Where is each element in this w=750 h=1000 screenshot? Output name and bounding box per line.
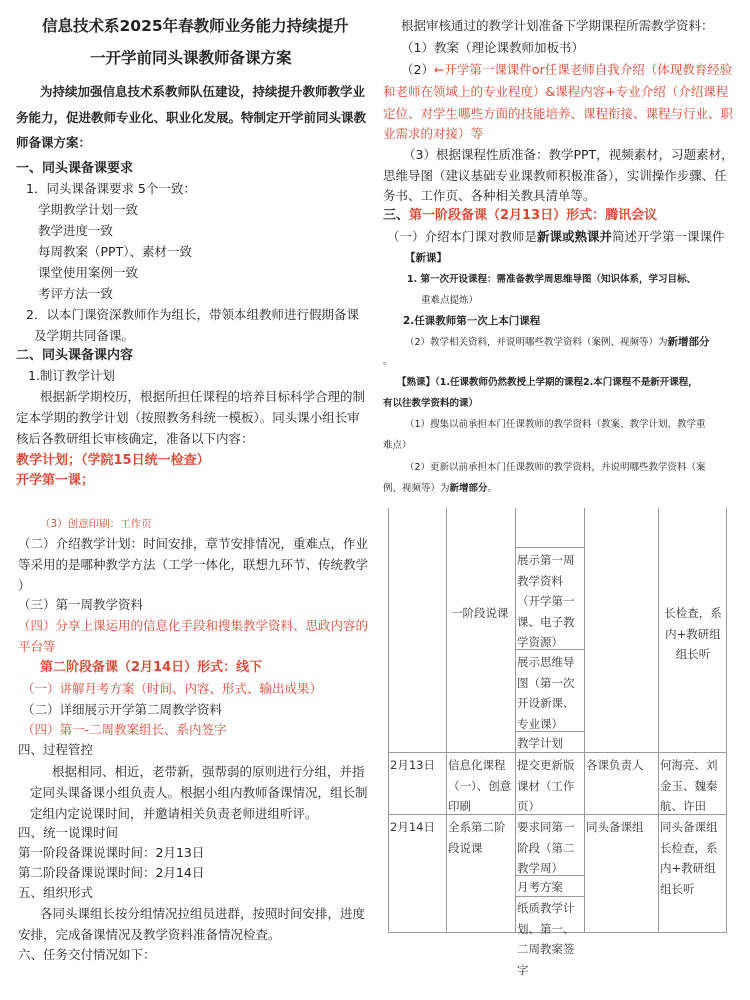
share-line2: 平台等: [18, 637, 56, 657]
intro-plan-line3: ）: [18, 576, 31, 596]
table-border: [446, 508, 447, 933]
material-2-text: ←开学第一课课件or任课老师自我介绍（体现教育经验: [434, 62, 732, 77]
table-cell-deliverable: 展示第一周教学资料（开学第一课、电子教学资源）: [517, 550, 583, 653]
table-border: [515, 508, 516, 933]
consistency-item: 课堂使用案例一致: [38, 263, 138, 283]
familiar-line2: 有以往教学资料的课）: [383, 394, 478, 414]
table-cell-reviewer: 长检查，系内+教研组组长听: [662, 603, 724, 665]
materials-intro: 根据审核通过的教学计划准备下学期课程所需教学资料：: [401, 16, 714, 36]
intro-course-text: （一）介绍本门课对教师是: [387, 229, 537, 244]
familiar-2-dot: 。: [488, 483, 498, 494]
new1-line1: 1. 第一次开设课程：需准备教学周思维导图（知识体系，学习目标、: [407, 270, 696, 290]
table-cell-content: 信息化课程（一）、创意印刷: [448, 755, 514, 817]
table-cell-content: 全系第二阶段说课: [448, 817, 514, 858]
consistency-item: 考评方法一致: [38, 284, 113, 304]
familiar-line1: 【熟课】（1.任课教师仍然教授上学期的课程2.本门课程不是新开课程，: [397, 373, 698, 393]
stage1-time: 第一阶段备课说课时间：2月13日: [18, 843, 204, 863]
material-2-line1: （2）←开学第一课课件or任课老师自我介绍（体现教育经验: [401, 60, 732, 80]
stage1-heading-line: 三、第一阶段备课（2月13日）形式：腾讯会议: [383, 206, 657, 226]
material-3-line1: （3）根据课程性质准备：教学PPT，视频素材，习题素材，: [403, 145, 734, 165]
table-cell-date: 2月13日: [390, 755, 445, 776]
familiar-2-line2: 例、视频等）为新增部分。: [383, 479, 497, 499]
table-cell-content: 一阶段说课: [451, 603, 515, 624]
red-teaching-plan: 教学计划；（学院15日统一检查）: [16, 451, 210, 471]
table-border: [658, 508, 659, 933]
table-cell-date: 2月14日: [390, 817, 445, 838]
stage1-heading: 第一阶段备课（2月13日）形式：腾讯会议: [409, 208, 657, 223]
material-2-line2: 和老师在领域上的专业程度）&课程内容+专业介绍（介绍课程: [383, 82, 728, 102]
familiar-1-line1: （1）搜集以前承担本门任课教师的教学资料（教案、教学计划、教学重: [405, 415, 706, 435]
familiar-2-line1: （2）更新以前承担本门任课教师的教学资料，并说明哪些教学资料（案: [405, 458, 706, 478]
intro-plan-line2: 等采用的是哪种教学方法（工学一体化，联想九环节、传统教学: [18, 555, 368, 575]
table-cell-reviewer: 同头备课组长检查，系内+教研组组长听: [660, 817, 724, 899]
intro-course-rest: 简述开学第一课课件: [612, 229, 725, 244]
intro-line2: 务能力，促进教师专业化、职业化发展。特制定开学前同头课教: [16, 108, 366, 128]
section4a-line2: 定同头课备课小组负责人。根据小组内教师备课情况，组长制: [30, 783, 368, 803]
section4a-line1: 根据相同、相近，老带新，强帮弱的原则进行分组，并指: [52, 762, 365, 782]
stage1-prefix: 三、: [383, 208, 409, 223]
intro-course-line: （一）介绍本门课对教师是新课或熟课并简述开学第一课课件: [387, 227, 725, 247]
section1-item2-line2: 及学期共同备课。: [34, 326, 134, 346]
intro-line3: 师备课方案：: [16, 133, 91, 153]
week1-materials: （三）第一周教学资料: [18, 595, 143, 615]
section4b-heading: 四、统一说课时间: [18, 823, 118, 843]
table-cell-deliverable: 纸质教学计划、第一、二周教案签字: [517, 898, 583, 980]
section2-heading: 二、同头课备课内容: [16, 346, 133, 366]
material-1: （1）教案（理论课教师加板书）: [401, 38, 584, 58]
material-2-line3: 定位、对学生哪些方面的技能培养、课程衔接、课程与行业、职: [383, 104, 733, 124]
doc-title-line1: 信息技术系2025年春教师业务能力持续提升: [42, 16, 349, 36]
table-cell-deliverable: 要求同第一阶段（第二教学周）: [517, 817, 583, 879]
section5-line1: 各同头课组长按分组情况拉组员进群，按照时间安排，进度: [40, 904, 365, 924]
table-border: [726, 508, 727, 933]
familiar-2-bold: 新增部分: [450, 483, 488, 494]
familiar-1-line2: 难点）: [383, 436, 412, 456]
new2-dot: 。: [383, 352, 393, 372]
new2-detail-bold: 新增部分: [668, 336, 710, 348]
new2: 2.任课教师第一次上本门课程: [403, 311, 540, 331]
new1-line2: 重难点提炼）: [421, 291, 478, 311]
consistency-item: 每周教案（PPT）、素材一致: [38, 242, 192, 262]
section2-sub1: 1.制订教学计划: [28, 366, 115, 386]
stage2-item2: （二）详细展示开学第二周教学资料: [22, 700, 222, 720]
table-cell-deliverable: 月考方案: [517, 877, 583, 898]
material-3-line2: 思维导图（建议基础专业课教师积极准备），实训操作步骤、任: [383, 166, 727, 186]
table-cell-deliverable: 提交更新版课材（工作页）: [517, 755, 583, 817]
doc-title-line2: 一开学前同头课教师备课方案: [90, 48, 292, 68]
intro-line1: 为持续加强信息技术系教师队伍建设，持续提升教师教学业: [40, 82, 365, 102]
intro-course-bold: 新课或熟课并: [537, 229, 612, 244]
section2-para-line2: 定本学期的教学计划（按照教务科统一模板）。同头课小组长审: [16, 408, 360, 428]
red-first-lesson: 开学第一课；: [16, 471, 94, 491]
table-border: [388, 732, 389, 933]
stage2-heading: 第二阶段备课（2月14日）形式：线下: [40, 658, 262, 678]
section1-heading: 一、同头课备课要求: [16, 159, 133, 179]
table-cell-owner: 同头备课组: [586, 817, 656, 838]
section6-heading: 六、任务交付情况如下：: [18, 945, 156, 965]
table-cell-deliverable: 展示思维导图（第一次开设新课、专业课）: [517, 652, 583, 734]
section2-para-line3: 核后各教研组长审核确定，准备以下内容：: [16, 429, 254, 449]
familiar-2-text: 例、视频等）为: [383, 483, 450, 494]
section4a-line3: 定组内定说课时间，并邀请相关负责老师进组听评。: [30, 804, 318, 824]
table-border: [584, 508, 585, 933]
creative-printing: （3）创意印刷：工作页: [40, 514, 152, 534]
section5-line2: 安排，完成备课情况及教学资料准备情况检查。: [18, 925, 281, 945]
share-line1: （四）分享上课运用的信息化手段和搜集教学资料、思政内容的: [18, 616, 368, 636]
section5-heading: 五、组织形式: [18, 883, 93, 903]
section4a-heading: 四、过程管控: [18, 740, 93, 760]
consistency-item: 学期教学计划一致: [38, 200, 138, 220]
table-cell-owner: 各课负责人: [586, 755, 656, 776]
material-2-line4: 业需求的对接）等: [383, 124, 483, 144]
section2-para-line1: 根据新学期校历，根据所担任课程的培养目标科学合理的制: [40, 387, 365, 407]
stage2-item4: （四）第一-二周教案组长、系内签字: [22, 720, 227, 740]
table-cell-deliverable: 教学计划: [517, 733, 583, 754]
material-2-prefix: （2）: [401, 62, 434, 77]
material-3-line3: 务书、工作页、各种相关教具清单等。: [383, 186, 596, 206]
section1-item1: 1．同头课备课要求 5个一致：: [26, 179, 196, 199]
new-course-tag: 【新课】: [405, 248, 447, 268]
table-border: [515, 547, 584, 548]
table-cell-reviewer: 何海亮、刘金玉、魏秦航、许田: [660, 755, 724, 817]
intro-plan-line1: （二）介绍教学计划：时间安排，章节安排情况，重难点，作业: [18, 534, 368, 554]
new2-detail-text: （2）教学相关资料，并说明哪些教学资料（案例、视频等）为: [405, 337, 668, 348]
stage2-time: 第二阶段备课说课时间：2月14日: [18, 863, 204, 883]
section1-item2-line1: 2．以本门课资深教师作为组长，带领本组教师进行假期备课: [26, 305, 359, 325]
stage2-item1: （一）讲解月考方案（时间、内容、形式、输出成果）: [22, 679, 322, 699]
new2-detail: （2）教学相关资料，并说明哪些教学资料（案例、视频等）为新增部分: [405, 332, 710, 353]
consistency-item: 教学进度一致: [38, 221, 113, 241]
table-border: [388, 508, 389, 732]
